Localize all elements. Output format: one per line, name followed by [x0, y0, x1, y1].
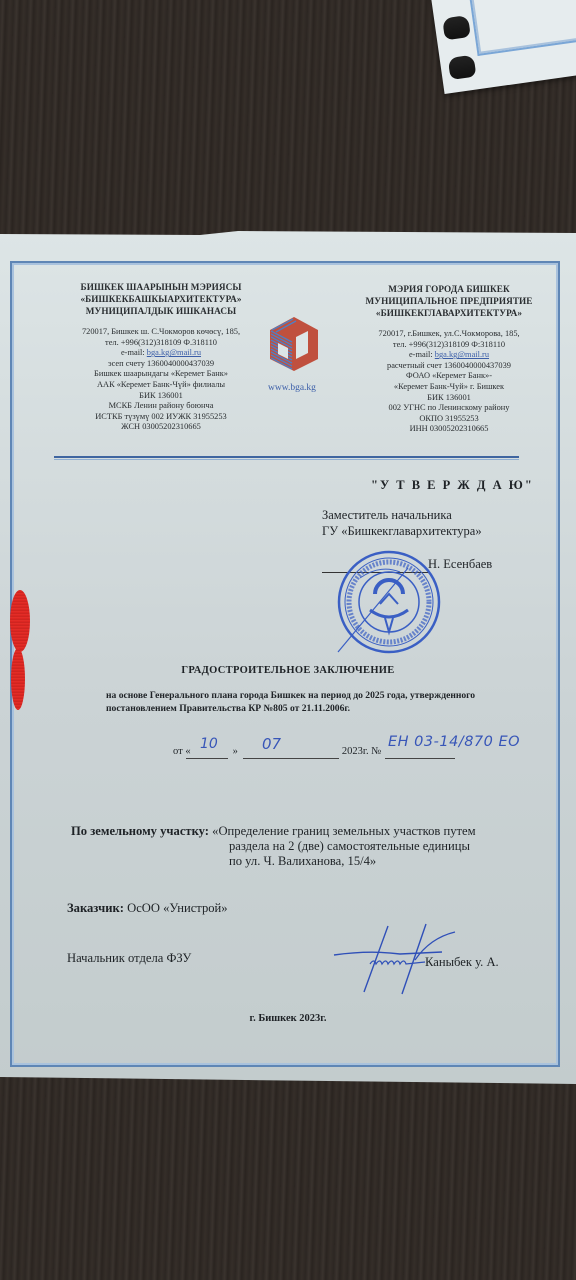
document-title: ГРАДОСТРОИТЕЛЬНОЕ ЗАКЛЮЧЕНИЕ [0, 665, 576, 676]
email-link[interactable]: bga.kg@mail.ru [147, 348, 201, 357]
ribbon-bow [10, 590, 30, 652]
document-basis: на основе Генерального плана города Бишк… [106, 689, 566, 715]
website-link[interactable]: www.bga.kg [268, 383, 348, 393]
email-link[interactable]: bga.kg@mail.ru [435, 350, 489, 359]
customer: Заказчик: ОсОО «Унистрой» [67, 901, 228, 916]
address: 720017, г.Бишкек, ул.С.Чокморова, 185, [340, 329, 558, 340]
header-left: БИШКЕК ШААРЫНЫН МЭРИЯСЫ «БИШКЕКБАШКЫАРХИ… [48, 281, 274, 433]
handwritten-month: 07 [262, 735, 281, 753]
org-name-russian: МЭРИЯ ГОРОДА БИШКЕК МУНИЦИПАЛЬНОЕ ПРЕДПР… [340, 283, 558, 319]
phone: тел. +996(312)318109 Ф.318110 [48, 338, 274, 349]
place-year: г. Бишкек 2023г. [0, 1013, 576, 1024]
signatory-name: Каныбек у. А. [425, 955, 499, 970]
ribbon-bow [11, 648, 25, 710]
background-binder [430, 0, 576, 94]
land-plot: По земельному участку: «Определение гран… [71, 824, 476, 839]
signatory-position: Начальник отдела ФЗУ [67, 951, 191, 966]
handwritten-number: ЕН 03-14/870 ЕО [388, 734, 520, 750]
phone: тел. +996(312)318109 Ф:318110 [340, 340, 558, 351]
handwritten-day: 10 [200, 736, 218, 752]
header-right: МЭРИЯ ГОРОДА БИШКЕК МУНИЦИПАЛЬНОЕ ПРЕДПР… [340, 283, 558, 435]
month-underline [243, 758, 339, 759]
approver-position: Заместитель начальника ГУ «Бишкекглаварх… [322, 507, 482, 539]
approver-name: Н. Есенбаев [428, 557, 492, 572]
address: 720017, Бишкек ш. С.Чокморов көчөсү, 185… [48, 327, 274, 338]
land-plot-label: По земельному участку: [71, 824, 209, 838]
binder-ring [448, 55, 477, 80]
approval-heading: "У Т В Е Р Ж Д А Ю" [371, 478, 534, 493]
day-underline [186, 758, 228, 759]
header-divider [54, 456, 519, 460]
binder-ring [442, 15, 471, 40]
org-name-kyrgyz: БИШКЕК ШААРЫНЫН МЭРИЯСЫ «БИШКЕКБАШКЫАРХИ… [48, 281, 274, 317]
bga-cube-logo-icon [268, 315, 320, 373]
number-underline [385, 758, 455, 759]
